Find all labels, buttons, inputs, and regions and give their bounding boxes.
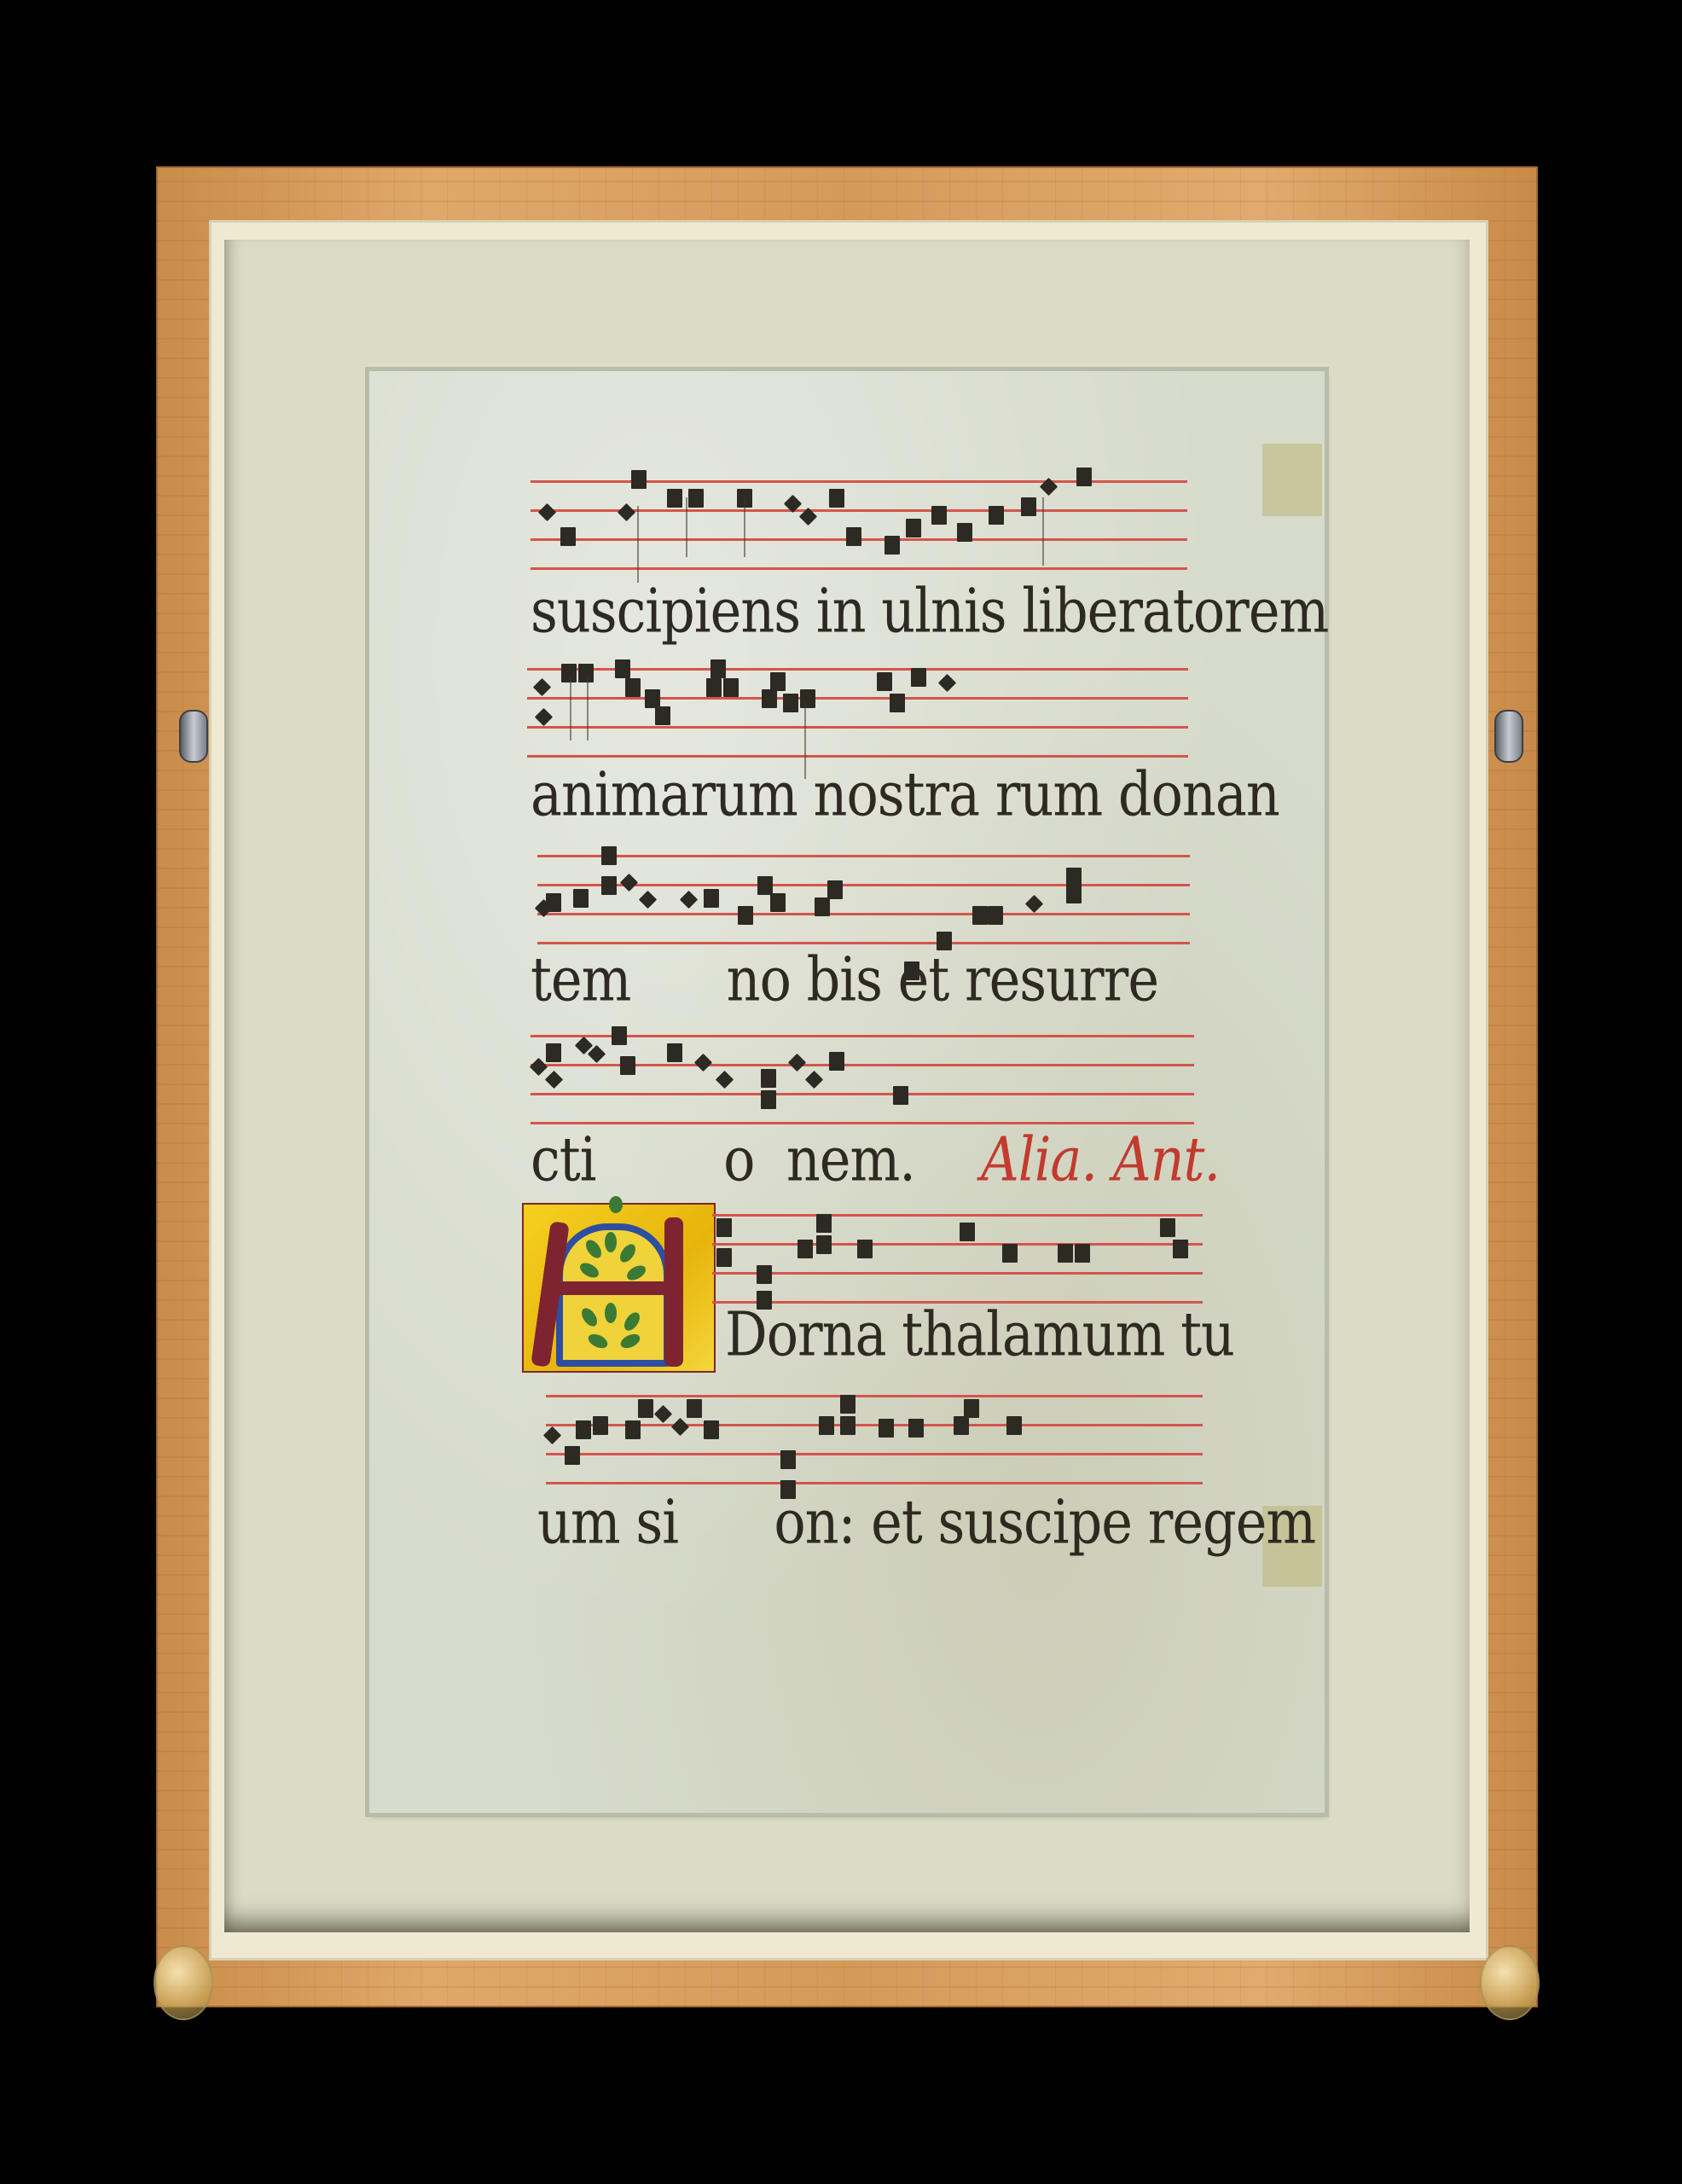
hinge-tab-top: [1262, 444, 1322, 516]
staff-3: [537, 855, 1190, 944]
lyric-line-2: animarum nostra rum donan: [531, 764, 1279, 825]
staff-4: [531, 1035, 1194, 1124]
staff-5: [712, 1214, 1203, 1304]
rubric-alia-ant: Alia. Ant.: [981, 1130, 1220, 1190]
bottom-left-bumper-icon: [154, 1945, 213, 2020]
lyric-line-1: suscipiens in ulnis liberatorem: [531, 581, 1328, 642]
right-hanging-hook-icon: [1494, 710, 1523, 763]
lyric-line-6: um si on: et suscipe regem: [537, 1492, 1315, 1553]
staff-2: [527, 668, 1188, 758]
lyric-line-5: Dorna thalamum tu: [725, 1304, 1234, 1365]
left-hanging-hook-icon: [179, 710, 208, 763]
illuminated-initial-a: [522, 1203, 716, 1373]
lyric-line-3: tem no bis et resurre: [531, 950, 1158, 1010]
staff-6: [546, 1395, 1203, 1484]
bottom-right-bumper-icon: [1480, 1945, 1540, 2020]
staff-1: [531, 480, 1187, 570]
lyric-line-4: cti o nem.: [531, 1130, 915, 1190]
